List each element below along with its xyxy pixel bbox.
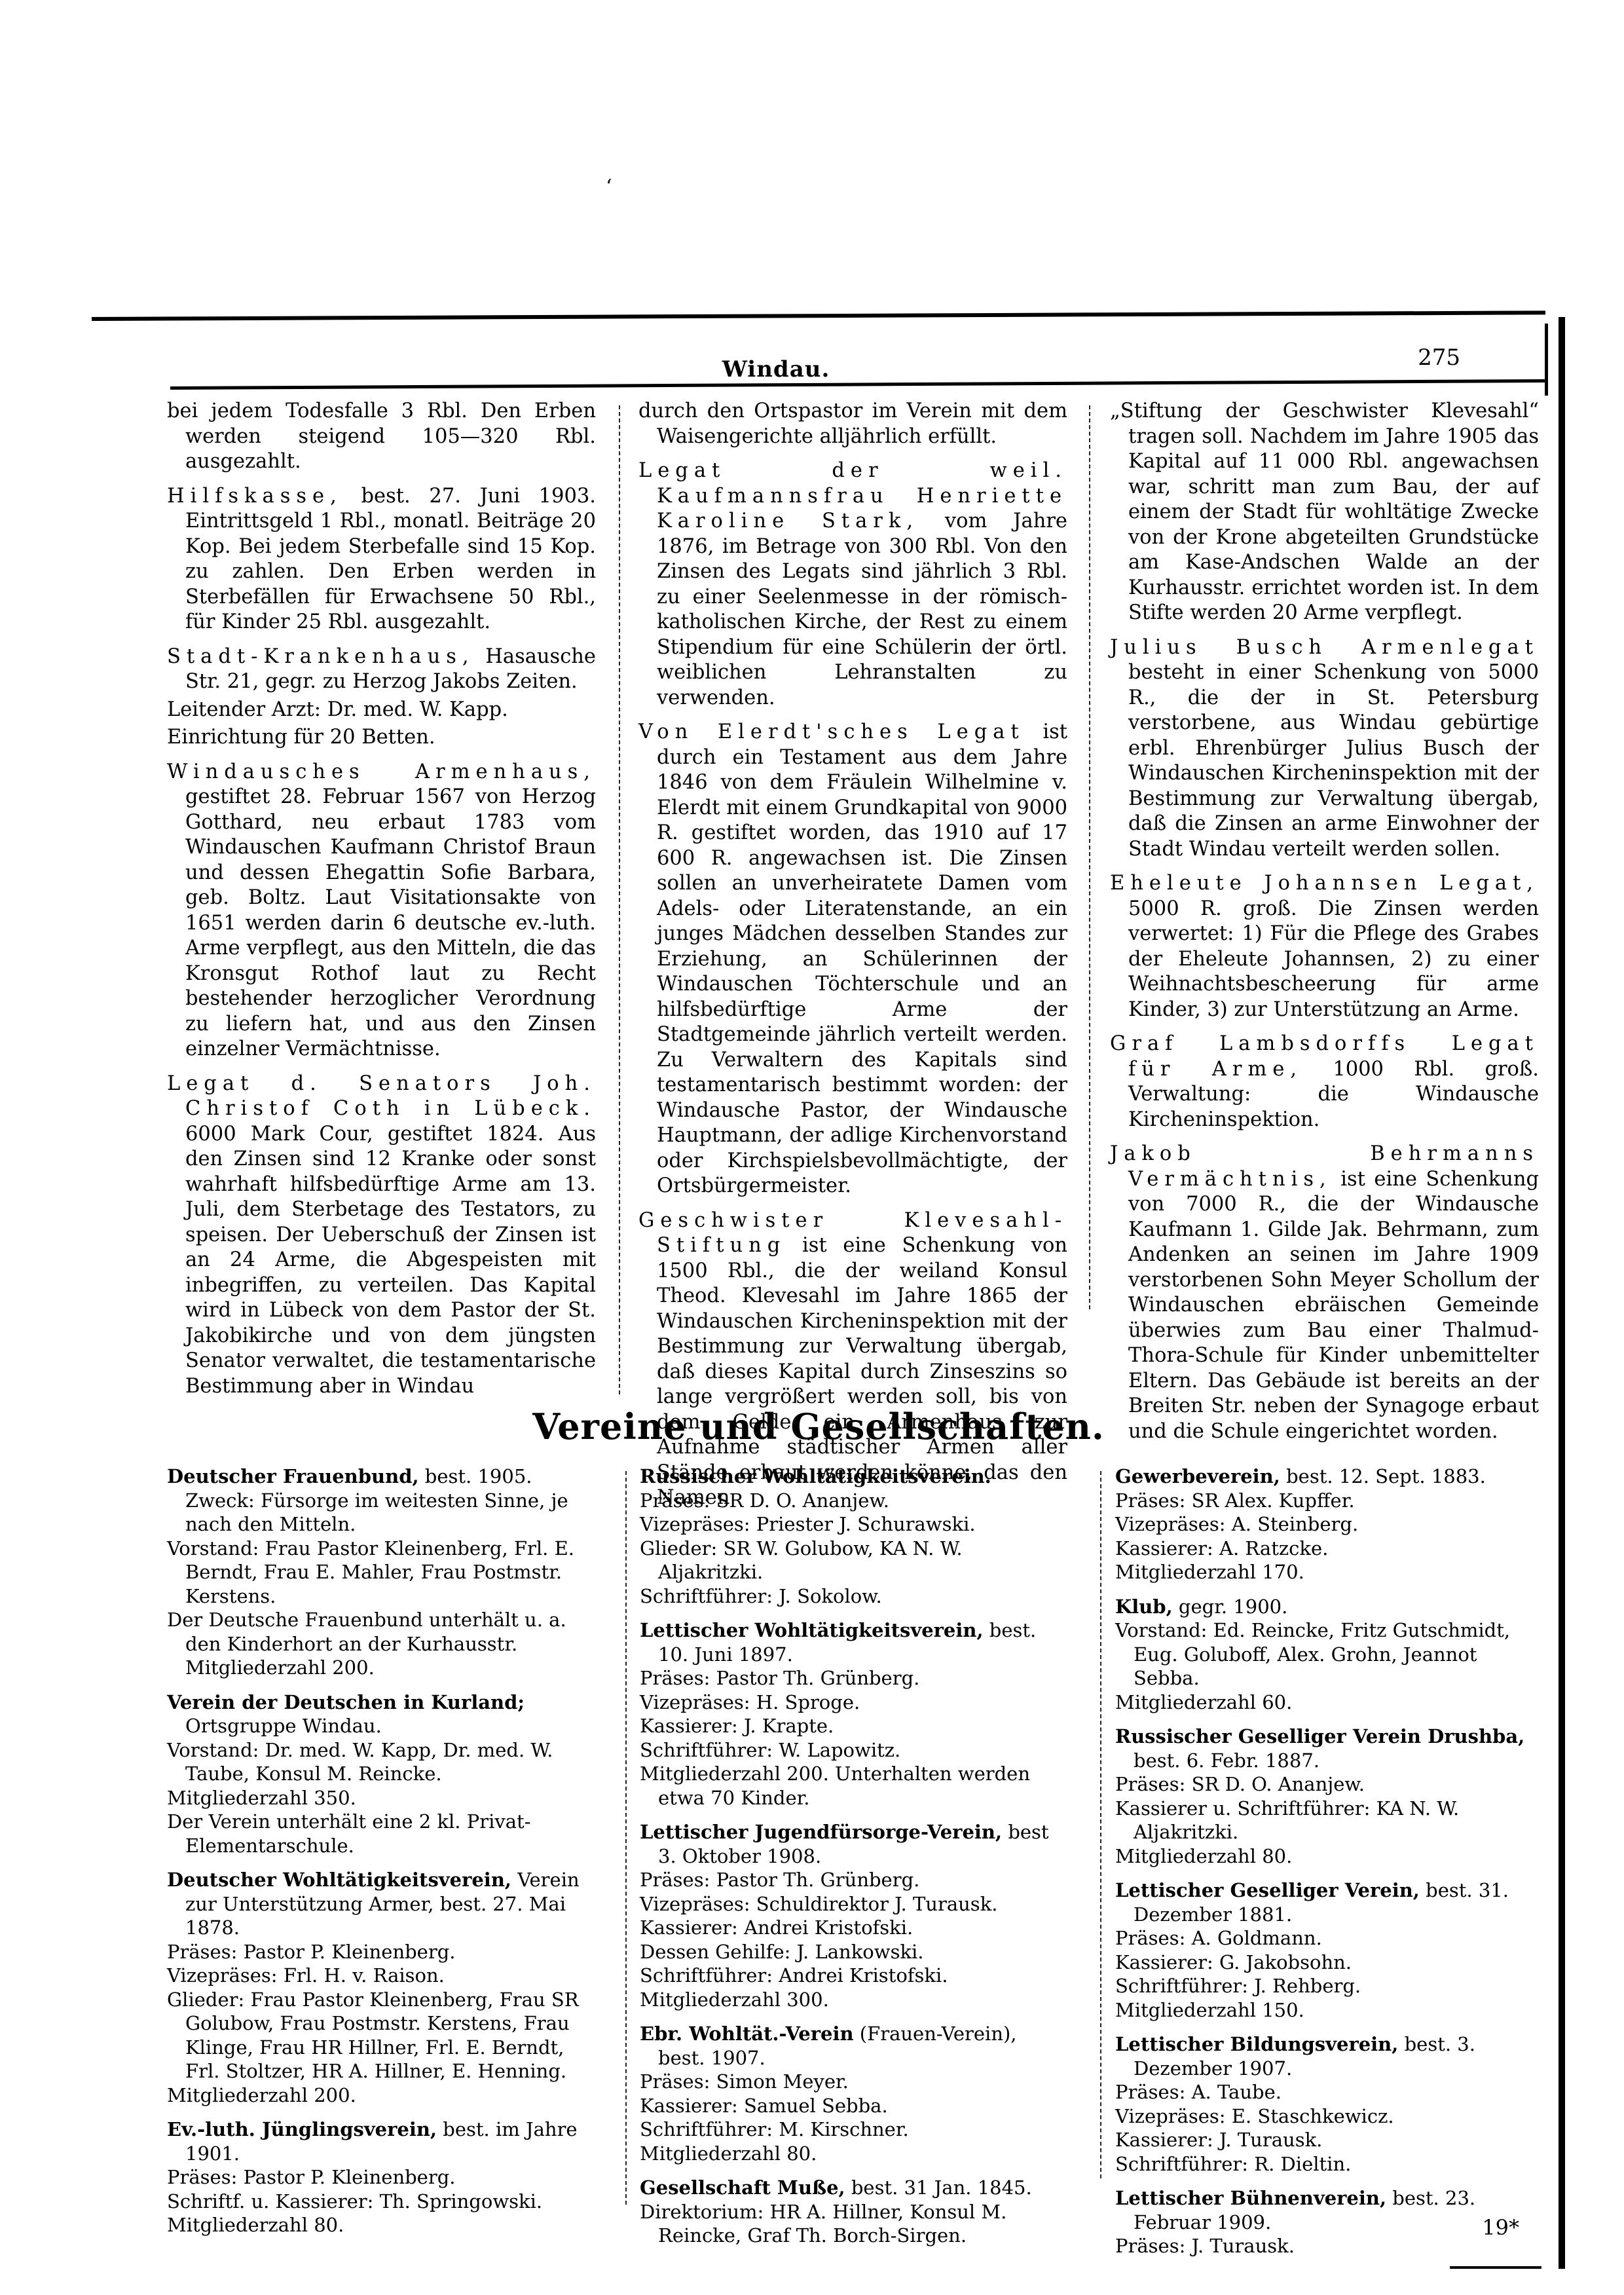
club-name: Deutscher Frauenbund, xyxy=(167,1465,419,1487)
entry-heading: Windausches Armenhaus, xyxy=(167,760,596,783)
club-detail-line: Mitgliederzahl 200. Unterhalten werden e… xyxy=(640,1762,1065,1810)
legacy-entry: Julius Busch Armenlegat besteht in einer… xyxy=(1110,635,1539,863)
club-detail-line: Dessen Gehilfe: J. Lankowski. xyxy=(640,1940,1065,1964)
club-detail-line: Schriftführer: J. Rehberg. xyxy=(1115,1974,1541,1998)
club-name: Lettischer Wohltätigkeitsverein, xyxy=(640,1619,984,1641)
club-detail-line: Schriftf. u. Kassierer: Th. Springowski. xyxy=(167,2190,593,2214)
club-entry: Gesellschaft Muße, best. 31 Jan. 1845.Di… xyxy=(640,2176,1065,2248)
club-name: Lettischer Jugendfürsorge-Verein, xyxy=(640,1821,1002,1843)
club-entry: Deutscher Frauenbund, best. 1905. Zweck:… xyxy=(167,1465,593,1680)
club-detail-line: Präses: J. Turausk. xyxy=(1115,2234,1541,2258)
club-detail-line: Präses: Pastor Th. Grünberg. xyxy=(640,1666,1065,1690)
club-name: Lettischer Geselliger Verein, xyxy=(1115,1879,1420,1901)
club-detail-line: Vizepräses: Priester J. Schurawski. xyxy=(640,1512,1065,1537)
entry-heading: Stadt-Krankenhaus, xyxy=(167,645,475,668)
section-title: Vereine und Gesellschaften. xyxy=(92,1406,1545,1447)
club-detail-line: Kassierer u. Schriftführer: KA N. W. Alj… xyxy=(1115,1797,1541,1844)
club-heading: Lettischer Bühnenverein, best. 23. Febru… xyxy=(1115,2186,1541,2234)
running-title: Windau. xyxy=(92,356,1460,382)
club-name: Gewerbeverein, xyxy=(1115,1465,1280,1487)
club-name: Russischer Geselliger Verein Drushba, xyxy=(1115,1725,1524,1747)
clubs-column-2: Russischer Wohltätigkeitsverein.Präses: … xyxy=(640,1465,1065,2258)
page-number: 275 xyxy=(1418,345,1460,371)
legacy-entry: Von Elerdt'sches Legat ist durch ein Tes… xyxy=(638,720,1067,1199)
club-detail-line: Präses: Pastor Th. Grünberg. xyxy=(640,1868,1065,1892)
entry-text: bei jedem Todesfalle 3 Rbl. Den Erben we… xyxy=(167,400,596,473)
signature-mark: 19* xyxy=(1482,2215,1519,2240)
club-detail-line: Schriftführer: Andrei Kristofski. xyxy=(640,1964,1065,1988)
club-detail-line: Kassierer: J. Krapte. xyxy=(640,1714,1065,1738)
club-entry: Klub, gegr. 1900.Vorstand: Ed. Reincke, … xyxy=(1115,1595,1541,1715)
club-detail-line: Mitgliederzahl 150. xyxy=(1115,1998,1541,2023)
legacy-entry: Legat der weil. Kaufmannsfrau Henriette … xyxy=(638,458,1067,711)
club-detail-line: Mitgliederzahl 300. xyxy=(640,1988,1065,2012)
entry-text: 5000 R. groß. Die Zinsen werden verwerte… xyxy=(1128,897,1539,1021)
entry-text: ist eine Schenkung von 7000 R., die der … xyxy=(1128,1168,1539,1443)
entry-heading: Eheleute Johannsen Legat, xyxy=(1110,872,1539,895)
club-entry: Deutscher Wohltätigkeitsverein, Verein z… xyxy=(167,1868,593,2107)
legacy-entry: bei jedem Todesfalle 3 Rbl. Den Erben we… xyxy=(167,399,596,475)
clubs-column-1: Deutscher Frauenbund, best. 1905. Zweck:… xyxy=(167,1465,593,2248)
legacy-entry: Einrichtung für 20 Betten. xyxy=(167,725,596,751)
club-detail-line: Mitgliederzahl 350. xyxy=(167,1786,593,1810)
club-detail-line: Präses: Simon Meyer. xyxy=(640,2070,1065,2094)
club-detail-line: Vizepräses: A. Steinberg. xyxy=(1115,1512,1541,1537)
club-detail-line: Präses: A. Taube. xyxy=(1115,2080,1541,2104)
club-detail-line: Der Verein unterhält eine 2 kl. Privat-E… xyxy=(167,1810,593,1857)
club-heading: Lettischer Wohltätigkeitsverein, best. 1… xyxy=(640,1618,1065,1666)
club-detail-line: Vorstand: Dr. med. W. Kapp, Dr. med. W. … xyxy=(167,1738,593,1786)
club-detail-line: Kassierer: J. Turausk. xyxy=(1115,2128,1541,2152)
club-entry: Lettischer Bildungsverein, best. 3. Deze… xyxy=(1115,2032,1541,2176)
club-detail-line: Kassierer: A. Ratzcke. xyxy=(1115,1537,1541,1561)
club-detail-line: Kassierer: Samuel Sebba. xyxy=(640,2094,1065,2118)
club-heading: Deutscher Wohltätigkeitsverein, Verein z… xyxy=(167,1868,593,1940)
club-detail-line: Kassierer: Andrei Kristofski. xyxy=(640,1916,1065,1940)
club-heading: Verein der Deutschen in Kurland; Ortsgru… xyxy=(167,1690,593,1738)
club-detail-line: Vorstand: Frau Pastor Kleinenberg, Frl. … xyxy=(167,1537,593,1609)
column-3: „Stiftung der Geschwister Klevesahl“ tra… xyxy=(1110,399,1539,1447)
club-detail-line: Glieder: SR W. Golubow, KA N. W. Aljakri… xyxy=(640,1537,1065,1584)
club-heading: Russischer Wohltätigkeitsverein. xyxy=(640,1465,1065,1489)
club-heading: Russischer Geselliger Verein Drushba, be… xyxy=(1115,1725,1541,1772)
entry-text: vom Jahre 1876, im Betrage von 300 Rbl. … xyxy=(657,510,1067,709)
club-heading: Klub, gegr. 1900. xyxy=(1115,1595,1541,1619)
club-detail-line: Vizepräses: Frl. H. v. Raison. xyxy=(167,1964,593,1988)
club-detail-line: Direktorium: HR A. Hillner, Konsul M. Re… xyxy=(640,2200,1065,2248)
column-divider xyxy=(1089,405,1090,1309)
entry-text: „Stiftung der Geschwister Klevesahl“ tra… xyxy=(1110,400,1539,624)
club-heading: Deutscher Frauenbund, best. 1905. Zweck:… xyxy=(167,1465,593,1537)
stray-scan-mark: ʻ xyxy=(606,176,612,198)
entry-text: Leitender Arzt: Dr. med. W. Kapp. xyxy=(167,698,508,721)
entry-heading: Hilfskasse, xyxy=(167,485,342,508)
column-2: durch den Ortspastor im Verein mit dem W… xyxy=(638,399,1067,1514)
page-header: Windau. 275 xyxy=(92,317,1460,376)
club-detail-line: Präses: A. Goldmann. xyxy=(1115,1926,1541,1950)
page-frame-right xyxy=(1559,317,1565,2269)
club-entry: Gewerbeverein, best. 12. Sept. 1883.Präs… xyxy=(1115,1465,1541,1584)
entry-heading: Julius Busch Armenlegat xyxy=(1110,636,1539,659)
club-detail-line: Mitgliederzahl 60. xyxy=(1115,1690,1541,1715)
club-info: best. 6. Febr. 1887. xyxy=(1134,1749,1319,1772)
club-entry: Verein der Deutschen in Kurland; Ortsgru… xyxy=(167,1690,593,1858)
club-detail-line: Der Deutsche Frauenbund unterhält u. a. … xyxy=(167,1608,593,1680)
club-detail-line: Vorstand: Ed. Reincke, Fritz Gutschmidt,… xyxy=(1115,1618,1541,1690)
club-entry: Ev.-luth. Jünglingsverein, best. im Jahr… xyxy=(167,2118,593,2237)
clubs-columns: Deutscher Frauenbund, best. 1905. Zweck:… xyxy=(167,1465,1549,2224)
club-heading: Gewerbeverein, best. 12. Sept. 1883. xyxy=(1115,1465,1541,1489)
entry-text: Einrichtung für 20 Betten. xyxy=(167,726,435,749)
legacy-entry: Stadt-Krankenhaus, Hasausche Str. 21, ge… xyxy=(167,644,596,695)
legacy-entry: „Stiftung der Geschwister Klevesahl“ tra… xyxy=(1110,399,1539,626)
entry-text: 6000 Mark Cour, gestiftet 1824. Aus den … xyxy=(185,1123,596,1398)
club-name: Ev.-luth. Jünglingsverein, xyxy=(167,2118,437,2140)
club-detail-line: Präses: SR D. O. Ananjew. xyxy=(640,1489,1065,1513)
club-detail-line: Mitgliederzahl 80. xyxy=(640,2142,1065,2166)
club-name: Klub, xyxy=(1115,1595,1173,1618)
club-entry: Lettischer Jugendfürsorge-Verein, best 3… xyxy=(640,1820,1065,2011)
column-divider xyxy=(625,1471,627,2205)
club-info: gegr. 1900. xyxy=(1179,1595,1287,1618)
upper-text-columns: bei jedem Todesfalle 3 Rbl. Den Erben we… xyxy=(167,399,1549,1447)
club-entry: Lettischer Bühnenverein, best. 23. Febru… xyxy=(1115,2186,1541,2258)
club-entry: Russischer Wohltätigkeitsverein.Präses: … xyxy=(640,1465,1065,1608)
clubs-column-3: Gewerbeverein, best. 12. Sept. 1883.Präs… xyxy=(1115,1465,1541,2269)
club-detail-line: Mitgliederzahl 200. xyxy=(167,2083,593,2108)
club-name: Lettischer Bildungsverein, xyxy=(1115,2033,1398,2055)
club-name: Deutscher Wohltätigkeitsverein, xyxy=(167,1869,511,1891)
club-info: best. 31 Jan. 1845. xyxy=(851,2176,1032,2199)
club-detail-line: Präses: Pastor P. Kleinenberg. xyxy=(167,1940,593,1964)
legacy-entry: Hilfskasse, best. 27. Juni 1903. Eintrit… xyxy=(167,484,596,635)
club-detail-line: Schriftführer: W. Lapowitz. xyxy=(640,1738,1065,1763)
club-detail-line: Vizepräses: Schuldirektor J. Turausk. xyxy=(640,1892,1065,1916)
club-heading: Ev.-luth. Jünglingsverein, best. im Jahr… xyxy=(167,2118,593,2165)
entry-text: ist durch ein Testament aus dem Jahre 18… xyxy=(657,720,1067,1197)
entry-heading: Von Elerdt'sches Legat xyxy=(638,720,1025,743)
entry-text: gestiftet 28. Februar 1567 von Herzog Go… xyxy=(185,785,596,1060)
entry-text: durch den Ortspastor im Verein mit dem W… xyxy=(638,400,1067,448)
club-detail-line: Schriftführer: R. Dieltin. xyxy=(1115,2152,1541,2176)
club-detail-line: Glieder: Frau Pastor Kleinenberg, Frau S… xyxy=(167,1988,593,2083)
club-name: Russischer Wohltätigkeitsverein. xyxy=(640,1465,991,1487)
legacy-entry: Graf Lambsdorffs Legat für Arme, 1000 Rb… xyxy=(1110,1032,1539,1132)
club-detail-line: Präses: Pastor P. Kleinenberg. xyxy=(167,2165,593,2190)
club-entry: Ebr. Wohltät.-Verein (Frauen-Verein), be… xyxy=(640,2022,1065,2165)
club-heading: Gesellschaft Muße, best. 31 Jan. 1845. xyxy=(640,2176,1065,2200)
club-name: Lettischer Bühnenverein, xyxy=(1115,2187,1386,2209)
club-info: best. 12. Sept. 1883. xyxy=(1286,1465,1486,1487)
club-entry: Lettischer Wohltätigkeitsverein, best. 1… xyxy=(640,1618,1065,1810)
club-heading: Lettischer Jugendfürsorge-Verein, best 3… xyxy=(640,1820,1065,1868)
club-name: Verein der Deutschen in Kurland; xyxy=(167,1691,525,1713)
legacy-entry: Legat d. Senators Joh. Christof Coth in … xyxy=(167,1072,596,1400)
club-detail-line: Schriftführer: J. Sokolow. xyxy=(640,1584,1065,1609)
legacy-entry: Leitender Arzt: Dr. med. W. Kapp. xyxy=(167,698,596,723)
column-1: bei jedem Todesfalle 3 Rbl. Den Erben we… xyxy=(167,399,596,1402)
entry-text: besteht in einer Schenkung von 5000 R., … xyxy=(1128,661,1539,861)
legacy-entry: durch den Ortspastor im Verein mit dem W… xyxy=(638,399,1067,449)
bottom-rule xyxy=(1450,2266,1541,2269)
club-entry: Lettischer Geselliger Verein, best. 31. … xyxy=(1115,1878,1541,2022)
column-divider xyxy=(1100,1471,1101,2178)
legacy-entry: Eheleute Johannsen Legat, 5000 R. groß. … xyxy=(1110,871,1539,1022)
club-name: Gesellschaft Muße, xyxy=(640,2176,845,2199)
column-divider xyxy=(619,405,620,1394)
club-heading: Lettischer Geselliger Verein, best. 31. … xyxy=(1115,1878,1541,1926)
club-entry: Russischer Geselliger Verein Drushba, be… xyxy=(1115,1725,1541,1868)
club-info: Ortsgruppe Windau. xyxy=(185,1715,382,1737)
club-detail-line: Mitgliederzahl 80. xyxy=(1115,1844,1541,1869)
club-detail-line: Mitgliederzahl 80. xyxy=(167,2213,593,2237)
club-detail-line: Mitgliederzahl 170. xyxy=(1115,1560,1541,1584)
club-name: Ebr. Wohltät.-Verein xyxy=(640,2023,854,2045)
club-heading: Ebr. Wohltät.-Verein (Frauen-Verein), be… xyxy=(640,2022,1065,2070)
club-detail-line: Vizepräses: E. Staschkewicz. xyxy=(1115,2104,1541,2129)
scanned-page: Windau. 275 bei jedem Todesfalle 3 Rbl. … xyxy=(92,317,1565,2269)
legacy-entry: Windausches Armenhaus, gestiftet 28. Feb… xyxy=(167,760,596,1062)
club-detail-line: Präses: SR D. O. Ananjew. xyxy=(1115,1772,1541,1797)
club-heading: Lettischer Bildungsverein, best. 3. Deze… xyxy=(1115,2032,1541,2080)
page-frame-right-inner xyxy=(1545,324,1548,396)
club-detail-line: Vizepräses: H. Sproge. xyxy=(640,1690,1065,1715)
club-detail-line: Schriftführer: M. Kirschner. xyxy=(640,2118,1065,2142)
legacy-entry: Jakob Behrmanns Vermächtnis, ist eine Sc… xyxy=(1110,1142,1539,1444)
club-detail-line: Kassierer: G. Jakobsohn. xyxy=(1115,1950,1541,1975)
entry-heading: Legat d. Senators Joh. Christof Coth in … xyxy=(167,1072,596,1121)
club-detail-line: Präses: SR Alex. Kupffer. xyxy=(1115,1489,1541,1513)
